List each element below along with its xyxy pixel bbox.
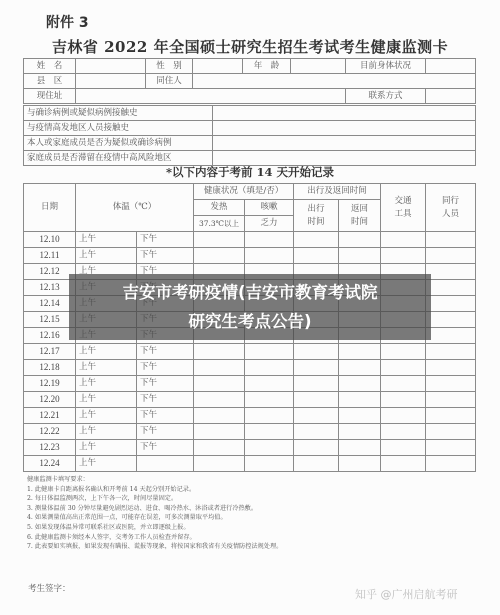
- cell-depart[interactable]: [294, 248, 339, 264]
- table-row: 12.23上午下午: [24, 440, 476, 456]
- instruction-item: 6. 此健康监测卡须经本人签字，交考务工作人员检查并留存。: [27, 533, 282, 543]
- cell-transport[interactable]: [381, 360, 426, 376]
- cell-companions[interactable]: [426, 376, 476, 392]
- history-label: 与确诊病例或疑似病例接触史: [24, 106, 213, 121]
- log-rows: 12.10上午下午12.11上午下午12.12上午下午12.13上午下午12.1…: [24, 232, 476, 472]
- source-watermark: 知乎 @广州启航考研: [355, 586, 458, 602]
- header-fever-threshold: 37.3℃以上: [194, 216, 245, 232]
- cell-cough[interactable]: [245, 456, 294, 472]
- history-field[interactable]: [213, 136, 476, 151]
- table-row: 12.10上午下午: [24, 232, 476, 248]
- header-temperature: 体温（℃）: [76, 184, 194, 232]
- cell-depart[interactable]: [294, 456, 339, 472]
- header-companions-line2: 人员: [442, 209, 459, 219]
- cell-companions[interactable]: [426, 424, 476, 440]
- cell-pm[interactable]: 下午: [137, 392, 194, 408]
- cell-return[interactable]: [339, 248, 381, 264]
- instruction-item: 3. 测量体温前 30 分钟尽量避免剧烈运动、进食、喝冷热水、沐浴或者进行冷热敷…: [27, 504, 282, 514]
- cell-date: 12.13: [24, 280, 76, 296]
- cell-cough[interactable]: [245, 248, 294, 264]
- cell-companions[interactable]: [426, 248, 476, 264]
- cell-pm[interactable]: [137, 456, 194, 472]
- cell-transport[interactable]: [381, 232, 426, 248]
- cell-cough[interactable]: [245, 424, 294, 440]
- header-fatigue: 乏力: [245, 216, 294, 232]
- cell-transport[interactable]: [381, 376, 426, 392]
- caption-overlay: 吉安市考研疫情(吉安市教育考试院 研究生考点公告): [69, 274, 431, 340]
- header-transport-line2: 工具: [395, 209, 412, 219]
- cell-companions[interactable]: [426, 264, 476, 280]
- cell-fever[interactable]: [194, 456, 245, 472]
- cell-date: 12.24: [24, 456, 76, 472]
- table-row: 12.17上午下午: [24, 344, 476, 360]
- table-row: 12.20上午下午: [24, 392, 476, 408]
- cell-return[interactable]: [339, 376, 381, 392]
- cell-date: 12.12: [24, 264, 76, 280]
- cell-date: 12.16: [24, 328, 76, 344]
- cell-fever[interactable]: [194, 392, 245, 408]
- cell-cough[interactable]: [245, 232, 294, 248]
- history-field[interactable]: [213, 106, 476, 121]
- table-row: 12.11上午下午: [24, 248, 476, 264]
- cell-companions[interactable]: [426, 328, 476, 344]
- cell-date: 12.10: [24, 232, 76, 248]
- cell-return[interactable]: [339, 232, 381, 248]
- district-label: 县 区: [24, 74, 76, 89]
- cell-am[interactable]: 上午: [76, 376, 137, 392]
- instruction-item: 5. 如果发现体温异常可联系社区或医院，并立即逐级上报。: [27, 523, 282, 533]
- instruction-item: 7. 此表要如实填报，如果发现有瞒报、谎报等现象，将按国家和我省有关疫情防控法规…: [27, 542, 282, 552]
- cell-transport[interactable]: [381, 440, 426, 456]
- header-cough: 咳嗽: [245, 200, 294, 216]
- cell-return[interactable]: [339, 360, 381, 376]
- cell-date: 12.14: [24, 296, 76, 312]
- cell-transport[interactable]: [381, 424, 426, 440]
- cell-fever[interactable]: [194, 424, 245, 440]
- history-label: 本人或家庭成员是否为疑似或确诊病例: [24, 136, 213, 151]
- cell-cough[interactable]: [245, 360, 294, 376]
- cell-cough[interactable]: [245, 376, 294, 392]
- cell-am[interactable]: 上午: [76, 392, 137, 408]
- gender-field[interactable]: [193, 59, 243, 74]
- table-row: 12.18上午下午: [24, 360, 476, 376]
- contact-label: 联系方式: [346, 89, 426, 104]
- cell-companions[interactable]: [426, 232, 476, 248]
- cell-pm[interactable]: 下午: [137, 424, 194, 440]
- header-date: 日期: [24, 184, 76, 232]
- cell-transport[interactable]: [381, 408, 426, 424]
- cell-depart[interactable]: [294, 344, 339, 360]
- health-status-label: 目前身体状况: [346, 59, 426, 74]
- cell-return[interactable]: [339, 424, 381, 440]
- name-field[interactable]: [76, 59, 146, 74]
- health-status-field[interactable]: [426, 59, 476, 74]
- cell-return[interactable]: [339, 456, 381, 472]
- table-row: 12.22上午下午: [24, 424, 476, 440]
- cell-am[interactable]: 上午: [76, 344, 137, 360]
- cell-am[interactable]: 上午: [76, 232, 137, 248]
- cell-fever[interactable]: [194, 248, 245, 264]
- log-subtitle: *以下内容于考前 14 天开始记录: [0, 164, 500, 180]
- cell-depart[interactable]: [294, 440, 339, 456]
- cell-cough[interactable]: [245, 344, 294, 360]
- instructions-heading: 健康监测卡填写要求：: [27, 475, 282, 485]
- cell-fever[interactable]: [194, 408, 245, 424]
- cell-fever[interactable]: [194, 440, 245, 456]
- cell-companions[interactable]: [426, 344, 476, 360]
- instruction-item: 2. 每日体温监测两次，上下午各一次，时间尽量固定。: [27, 494, 282, 504]
- header-transport: 交通 工具: [381, 184, 426, 232]
- contact-field[interactable]: [426, 89, 476, 104]
- header-depart-line1: 出行: [308, 204, 325, 214]
- header-return: 返回 时间: [339, 200, 381, 232]
- cell-date: 12.17: [24, 344, 76, 360]
- cell-depart[interactable]: [294, 232, 339, 248]
- cell-companions[interactable]: [426, 456, 476, 472]
- age-label: 年 龄: [243, 59, 291, 74]
- cell-companions[interactable]: [426, 392, 476, 408]
- cell-depart[interactable]: [294, 392, 339, 408]
- cohabitant-field[interactable]: [193, 74, 476, 89]
- cell-date: 12.23: [24, 440, 76, 456]
- cell-fever[interactable]: [194, 360, 245, 376]
- cell-companions[interactable]: [426, 312, 476, 328]
- cell-pm[interactable]: 下午: [137, 360, 194, 376]
- cell-date: 12.22: [24, 424, 76, 440]
- cell-date: 12.20: [24, 392, 76, 408]
- cell-transport[interactable]: [381, 248, 426, 264]
- cell-return[interactable]: [339, 344, 381, 360]
- cell-am[interactable]: 上午: [76, 424, 137, 440]
- cell-date: 12.15: [24, 312, 76, 328]
- cell-transport[interactable]: [381, 456, 426, 472]
- cell-cough[interactable]: [245, 408, 294, 424]
- cell-cough[interactable]: [245, 392, 294, 408]
- cell-companions[interactable]: [426, 440, 476, 456]
- cell-companions[interactable]: [426, 360, 476, 376]
- address-field[interactable]: [76, 89, 346, 104]
- cell-cough[interactable]: [245, 440, 294, 456]
- cell-pm[interactable]: 下午: [137, 376, 194, 392]
- table-row: 12.24上午: [24, 456, 476, 472]
- cell-fever[interactable]: [194, 232, 245, 248]
- history-field[interactable]: [213, 121, 476, 136]
- cell-date: 12.18: [24, 360, 76, 376]
- history-label: 与疫情高发地区人员接触史: [24, 121, 213, 136]
- header-return-line2: 时间: [351, 217, 368, 227]
- cell-pm[interactable]: 下午: [137, 248, 194, 264]
- cell-transport[interactable]: [381, 392, 426, 408]
- cell-depart[interactable]: [294, 408, 339, 424]
- cell-depart[interactable]: [294, 360, 339, 376]
- cell-return[interactable]: [339, 440, 381, 456]
- cell-companions[interactable]: [426, 296, 476, 312]
- cell-date: 12.19: [24, 376, 76, 392]
- age-field[interactable]: [291, 59, 346, 74]
- header-depart-line2: 时间: [308, 217, 325, 227]
- header-companions-line1: 同行: [442, 196, 459, 206]
- name-label: 姓 名: [24, 59, 76, 74]
- attachment-label: 附件 3: [46, 12, 89, 32]
- cell-am[interactable]: 上午: [76, 360, 137, 376]
- cell-depart[interactable]: [294, 376, 339, 392]
- cell-transport[interactable]: [381, 344, 426, 360]
- cell-am[interactable]: 上午: [76, 440, 137, 456]
- header-companions: 同行 人员: [426, 184, 476, 232]
- signature-label: 考生签字：: [28, 582, 71, 594]
- header-fever: 发热: [194, 200, 245, 216]
- header-depart: 出行 时间: [294, 200, 339, 232]
- table-row: 12.19上午下午: [24, 376, 476, 392]
- header-health-status: 健康状况（填是/否）: [194, 184, 294, 200]
- address-label: 现住址: [24, 89, 76, 104]
- cell-fever[interactable]: [194, 376, 245, 392]
- cell-pm[interactable]: 下午: [137, 408, 194, 424]
- personal-info-table: 姓 名 性 别 年 龄 目前身体状况 县 区 同住人 现住址 联系方式: [23, 58, 476, 104]
- header-travel-time: 出行及返回时间: [294, 184, 381, 200]
- caption-line-2: 研究生考点公告): [69, 307, 431, 336]
- cell-companions[interactable]: [426, 280, 476, 296]
- table-row: 12.21上午下午: [24, 408, 476, 424]
- instruction-item: 1. 此健康卡自距离报名确认和开考前 14 天起分别开始记录。: [27, 485, 282, 495]
- cell-return[interactable]: [339, 408, 381, 424]
- instruction-item: 4. 如果测量值高出正常范围一点，可能存在误差，可多次测量取平均值。: [27, 513, 282, 523]
- cell-depart[interactable]: [294, 424, 339, 440]
- cell-date: 12.11: [24, 248, 76, 264]
- gender-label: 性 别: [146, 59, 193, 74]
- health-monitoring-card: 附件 3 吉林省 2022 年全国硕士研究生招生考试考生健康监测卡 姓 名 性 …: [0, 0, 500, 615]
- cohabitant-label: 同住人: [146, 74, 193, 89]
- district-field[interactable]: [76, 74, 146, 89]
- header-transport-line1: 交通: [395, 196, 412, 206]
- cell-fever[interactable]: [194, 344, 245, 360]
- cell-am[interactable]: 上午: [76, 248, 137, 264]
- cell-pm[interactable]: 下午: [137, 232, 194, 248]
- cell-am[interactable]: 上午: [76, 408, 137, 424]
- fill-instructions: 健康监测卡填写要求： 1. 此健康卡自距离报名确认和开考前 14 天起分别开始记…: [27, 475, 282, 552]
- cell-pm[interactable]: 下午: [137, 440, 194, 456]
- cell-companions[interactable]: [426, 408, 476, 424]
- document-title: 吉林省 2022 年全国硕士研究生招生考试考生健康监测卡: [0, 36, 500, 57]
- cell-pm[interactable]: 下午: [137, 344, 194, 360]
- cell-am[interactable]: 上午: [76, 456, 137, 472]
- caption-line-1: 吉安市考研疫情(吉安市教育考试院: [69, 278, 431, 307]
- contact-history-table: 与确诊病例或疑似病例接触史 与疫情高发地区人员接触史 本人或家庭成员是否为疑似或…: [23, 105, 476, 166]
- header-return-line1: 返回: [351, 204, 368, 214]
- cell-date: 12.21: [24, 408, 76, 424]
- cell-return[interactable]: [339, 392, 381, 408]
